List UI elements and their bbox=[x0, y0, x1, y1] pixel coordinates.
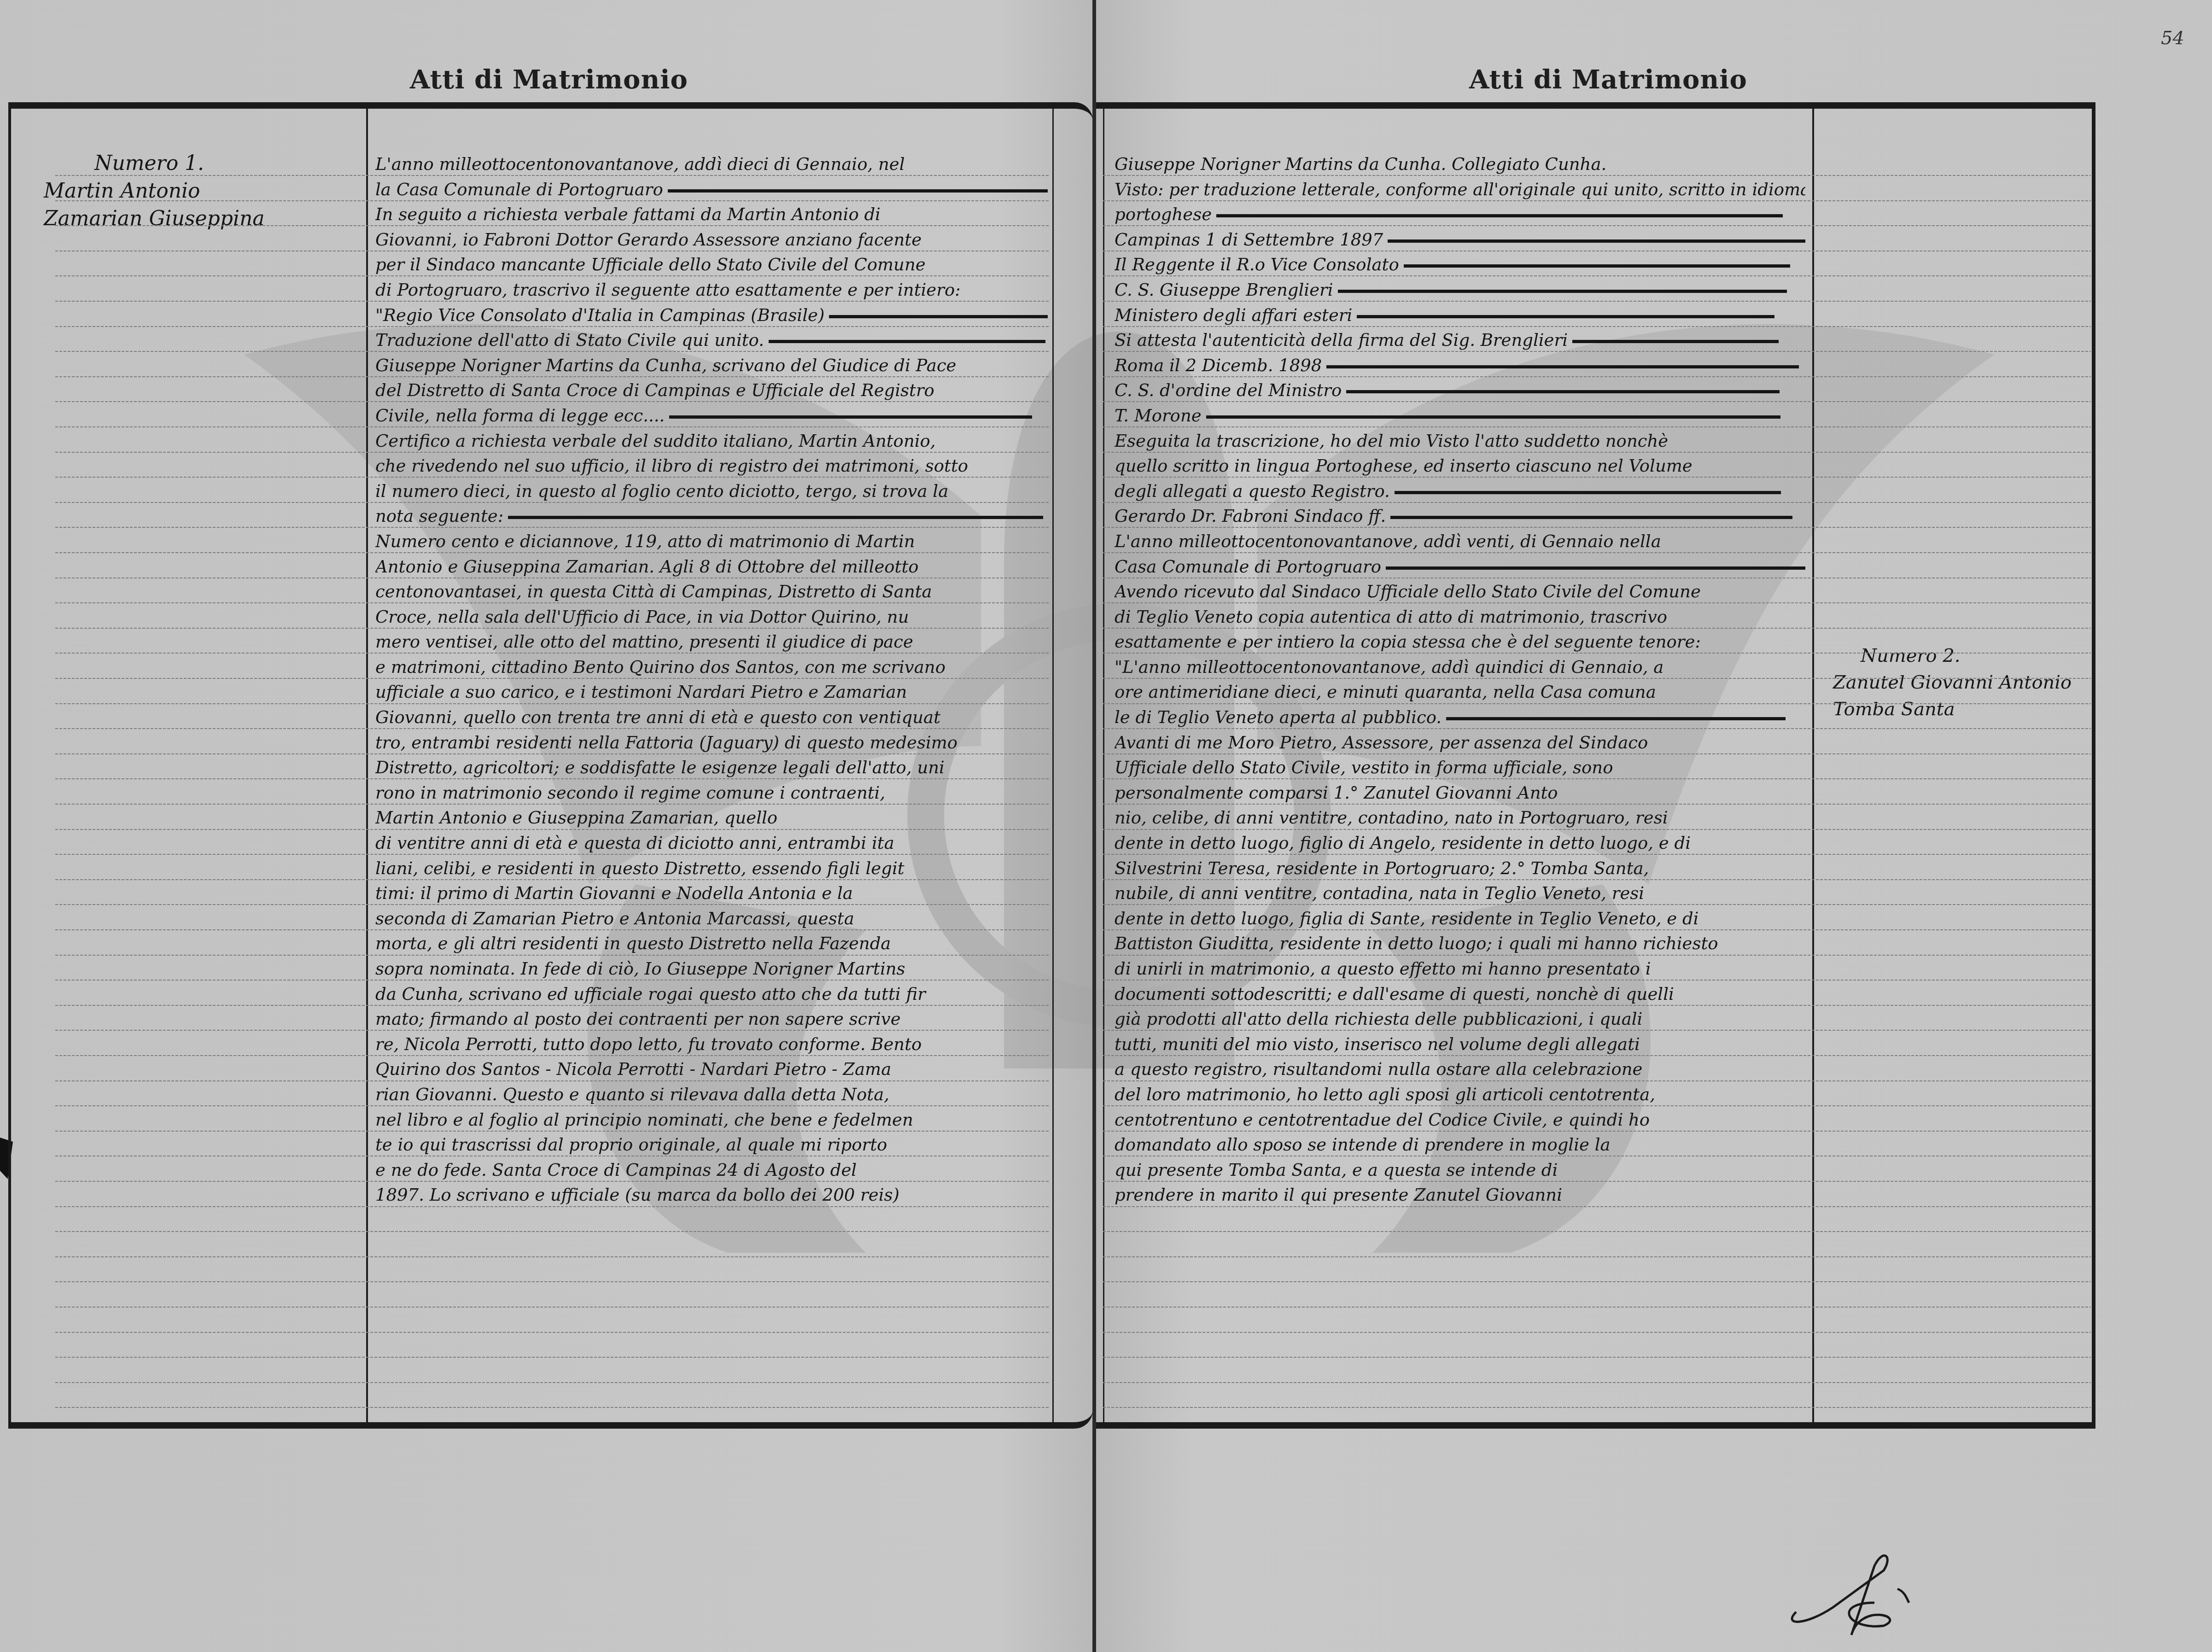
ruled-line bbox=[55, 376, 1050, 377]
text-line: seconda di Zamarian Pietro e Antonia Mar… bbox=[375, 906, 1048, 932]
ruled-line bbox=[55, 301, 1050, 302]
line-text: Giuseppe Norigner Martins da Cunha. Coll… bbox=[1115, 154, 1606, 174]
ruled-line bbox=[55, 728, 1050, 729]
line-text: degli allegati a questo Registro. bbox=[1115, 481, 1390, 501]
text-line: Gerardo Dr. Fabroni Sindaco ff. bbox=[1115, 504, 1805, 529]
ruled-line bbox=[1103, 527, 2091, 528]
line-end-bar bbox=[1206, 415, 1780, 419]
ruled-line bbox=[55, 1206, 1050, 1207]
line-text: Avanti di me Moro Pietro, Assessore, per… bbox=[1115, 733, 1648, 753]
line-text: per il Sindaco mancante Ufficiale dello … bbox=[375, 255, 926, 274]
text-line: qui presente Tomba Santa, e a questa se … bbox=[1115, 1158, 1805, 1183]
text-line: Visto: per traduzione letterale, conform… bbox=[1115, 177, 1805, 203]
line-text: di Portogruaro, trascrivo il seguente at… bbox=[375, 280, 961, 300]
column-divider bbox=[1812, 109, 1814, 1422]
ruled-line bbox=[55, 426, 1050, 427]
line-text: Visto: per traduzione letterale, conform… bbox=[1115, 180, 1805, 199]
ruled-line bbox=[1103, 401, 2091, 402]
ruled-line bbox=[1103, 829, 2091, 830]
ruled-line bbox=[1103, 778, 2091, 779]
ruled-line bbox=[55, 578, 1050, 578]
line-text: mero ventisei, alle otto del mattino, pr… bbox=[375, 632, 913, 652]
ruled-line bbox=[55, 502, 1050, 503]
column-divider bbox=[1103, 109, 1104, 1422]
text-line: di Portogruaro, trascrivo il seguente at… bbox=[375, 278, 1048, 303]
ruled-line bbox=[1103, 1131, 2091, 1132]
ruled-line bbox=[55, 225, 1050, 226]
ruled-line bbox=[1103, 1055, 2091, 1056]
ruled-line bbox=[55, 1357, 1050, 1358]
entry-number: Numero 2. bbox=[1833, 642, 2091, 669]
text-line: degli allegati a questo Registro. bbox=[1115, 479, 1805, 504]
line-text: L'anno milleottocentonovantanove, addì v… bbox=[1115, 531, 1661, 551]
line-end-bar bbox=[1346, 390, 1780, 393]
text-line: Si attesta l'autenticità della firma del… bbox=[1115, 328, 1805, 353]
text-line: timi: il primo di Martin Giovanni e Node… bbox=[375, 881, 1048, 906]
line-end-bar bbox=[1326, 365, 1799, 368]
ruled-line bbox=[55, 653, 1050, 654]
text-line: centonovantasei, in questa Città di Camp… bbox=[375, 579, 1048, 605]
ruled-line bbox=[1103, 1256, 2091, 1257]
text-line: rian Giovanni. Questo e quanto si rileva… bbox=[375, 1082, 1048, 1108]
folio-number: 54 bbox=[2161, 28, 2184, 49]
line-text: dente in detto luogo, figlia di Sante, r… bbox=[1115, 909, 1698, 928]
line-text: nubile, di anni ventitre, contadina, nat… bbox=[1115, 883, 1644, 903]
text-line: re, Nicola Perrotti, tutto dopo letto, f… bbox=[375, 1032, 1048, 1057]
ruled-line bbox=[55, 1156, 1050, 1156]
ruled-line bbox=[1103, 1357, 2091, 1358]
line-text: 1897. Lo scrivano e ufficiale (su marca … bbox=[375, 1185, 899, 1205]
line-text: di Teglio Veneto copia autentica di atto… bbox=[1115, 607, 1667, 627]
line-text: "L'anno milleottocentonovantanove, addì … bbox=[1115, 657, 1663, 677]
register-spread: Atti di Matrimonio Numero 1. Martin Anto… bbox=[0, 0, 2212, 1652]
ruled-line bbox=[55, 678, 1050, 679]
text-line: esattamente e per intiero la copia stess… bbox=[1115, 630, 1805, 655]
text-line: documenti sottodescritti; e dall'esame d… bbox=[1115, 982, 1805, 1007]
line-text: dente in detto luogo, figlio di Angelo, … bbox=[1115, 833, 1691, 853]
line-text: Battiston Giuditta, residente in detto l… bbox=[1115, 934, 1718, 953]
ruled-line bbox=[1103, 275, 2091, 276]
ruled-line bbox=[1103, 477, 2091, 478]
line-text: di ventitre anni di età e questa di dici… bbox=[375, 833, 894, 853]
ruled-line bbox=[55, 753, 1050, 754]
text-line: L'anno milleottocentonovantanove, addì v… bbox=[1115, 529, 1805, 555]
line-end-bar bbox=[669, 415, 1032, 419]
text-line: "Regio Vice Consolato d'Italia in Campin… bbox=[375, 303, 1048, 328]
ruled-line bbox=[55, 804, 1050, 805]
record-text: L'anno milleottocentonovantanove, addì d… bbox=[375, 152, 1048, 1208]
ruled-line bbox=[1103, 602, 2091, 603]
text-line: Numero cento e diciannove, 119, atto di … bbox=[375, 529, 1048, 555]
line-text: seconda di Zamarian Pietro e Antonia Mar… bbox=[375, 909, 854, 928]
ruled-line bbox=[55, 1231, 1050, 1232]
ruled-line bbox=[55, 1005, 1050, 1006]
text-line: Certifico a richiesta verbale del suddit… bbox=[375, 429, 1048, 454]
line-text: tro, entrambi residenti nella Fattoria (… bbox=[375, 733, 957, 753]
text-line: Giuseppe Norigner Martins da Cunha. Coll… bbox=[1115, 152, 1805, 177]
text-line: ore antimeridiane dieci, e minuti quaran… bbox=[1115, 680, 1805, 705]
entry-number: Numero 1. bbox=[44, 150, 357, 177]
ruled-line bbox=[1103, 955, 2091, 956]
text-line: portoghese bbox=[1115, 202, 1805, 228]
ruled-line bbox=[1103, 703, 2091, 704]
book-gutter bbox=[1092, 0, 1096, 1652]
ruled-line bbox=[1103, 552, 2091, 553]
line-text: C. S. d'ordine del Ministro bbox=[1115, 380, 1342, 400]
text-line: rono in matrimonio secondo il regime com… bbox=[375, 781, 1048, 806]
ruled-line bbox=[1103, 1080, 2091, 1081]
text-line: di Teglio Veneto copia autentica di atto… bbox=[1115, 605, 1805, 630]
ruled-line bbox=[55, 1407, 1050, 1408]
line-text: T. Morone bbox=[1115, 406, 1202, 426]
right-page: 54 Atti di Matrimonio Giuseppe Norigner … bbox=[1096, 0, 2212, 1652]
text-line: Casa Comunale di Portogruaro bbox=[1115, 555, 1805, 580]
ruled-line bbox=[1103, 753, 2091, 754]
ruled-line bbox=[55, 275, 1050, 276]
line-text: In seguito a richiesta verbale fattami d… bbox=[375, 204, 881, 224]
text-line: da Cunha, scrivano ed ufficiale rogai qu… bbox=[375, 982, 1048, 1007]
ruled-line bbox=[55, 200, 1050, 201]
text-line: mato; firmando al posto dei contraenti p… bbox=[375, 1007, 1048, 1032]
text-line: dente in detto luogo, figlio di Angelo, … bbox=[1115, 831, 1805, 856]
text-line: Silvestrini Teresa, residente in Portogr… bbox=[1115, 856, 1805, 881]
line-text: da Cunha, scrivano ed ufficiale rogai qu… bbox=[375, 984, 926, 1004]
line-text: mato; firmando al posto dei contraenti p… bbox=[375, 1009, 901, 1029]
line-text: esattamente e per intiero la copia stess… bbox=[1115, 632, 1701, 652]
line-end-bar bbox=[1388, 239, 1805, 243]
line-text: del Distretto di Santa Croce di Campinas… bbox=[375, 380, 934, 400]
text-line: sopra nominata. In fede di ciò, Io Giuse… bbox=[375, 957, 1048, 982]
line-text: Giovanni, quello con trenta tre anni di … bbox=[375, 707, 940, 727]
ruled-line bbox=[55, 1131, 1050, 1132]
ruled-line bbox=[55, 829, 1050, 830]
line-text: di unirli in matrimonio, a questo effett… bbox=[1115, 959, 1651, 979]
text-line: Avendo ricevuto dal Sindaco Ufficiale de… bbox=[1115, 579, 1805, 605]
line-text: ufficiale a suo carico, e i testimoni Na… bbox=[375, 682, 907, 702]
text-line: liani, celibi, e residenti in questo Dis… bbox=[375, 856, 1048, 881]
line-text: nel libro e al foglio al principio nomin… bbox=[375, 1110, 913, 1130]
line-text: morta, e gli altri residenti in questo D… bbox=[375, 934, 891, 953]
line-text: Traduzione dell'atto di Stato Civile qui… bbox=[375, 330, 764, 350]
text-line: C. S. d'ordine del Ministro bbox=[1115, 378, 1805, 403]
text-line: e matrimoni, cittadino Bento Quirino dos… bbox=[375, 655, 1048, 680]
bride-name: Tomba Santa bbox=[1833, 696, 2091, 723]
text-line: C. S. Giuseppe Brenglieri bbox=[1115, 278, 1805, 303]
text-line: Giuseppe Norigner Martins da Cunha, scri… bbox=[375, 353, 1048, 379]
line-end-bar bbox=[829, 315, 1048, 318]
text-line: Quirino dos Santos - Nicola Perrotti - N… bbox=[375, 1057, 1048, 1082]
line-end-bar bbox=[769, 340, 1045, 343]
line-text: e matrimoni, cittadino Bento Quirino dos… bbox=[375, 657, 945, 677]
ruled-line bbox=[1103, 728, 2091, 729]
line-text: rono in matrimonio secondo il regime com… bbox=[375, 783, 885, 803]
line-text: timi: il primo di Martin Giovanni e Node… bbox=[375, 883, 853, 903]
page-header: Atti di Matrimonio bbox=[410, 64, 688, 95]
line-text: quello scritto in lingua Portoghese, ed … bbox=[1115, 456, 1693, 476]
ruled-line bbox=[1103, 301, 2091, 302]
text-line: nel libro e al foglio al principio nomin… bbox=[375, 1108, 1048, 1133]
ruled-line bbox=[55, 477, 1050, 478]
ruled-line bbox=[1103, 1005, 2091, 1006]
ruled-line bbox=[1103, 1156, 2091, 1156]
ruled-line bbox=[1103, 1231, 2091, 1232]
ruled-line bbox=[55, 401, 1050, 402]
line-text: Il Reggente il R.o Vice Consolato bbox=[1115, 255, 1399, 274]
text-line: Battiston Giuditta, residente in detto l… bbox=[1115, 931, 1805, 957]
line-text: ore antimeridiane dieci, e minuti quaran… bbox=[1115, 682, 1656, 702]
margin-entry: Numero 2. Zanutel Giovanni Antonio Tomba… bbox=[1833, 642, 2091, 723]
line-text: personalmente comparsi 1.° Zanutel Giova… bbox=[1115, 783, 1558, 803]
line-end-bar bbox=[1386, 566, 1805, 570]
line-text: Ufficiale dello Stato Civile, vestito in… bbox=[1115, 758, 1613, 777]
ruled-line bbox=[1103, 929, 2091, 930]
text-line: T. Morone bbox=[1115, 403, 1805, 429]
text-line: te io qui trascrissi dal proprio origina… bbox=[375, 1132, 1048, 1158]
line-text: Silvestrini Teresa, residente in Portogr… bbox=[1115, 858, 1649, 878]
text-line: dente in detto luogo, figlia di Sante, r… bbox=[1115, 906, 1805, 932]
ruled-line bbox=[55, 1332, 1050, 1333]
line-text: Antonio e Giuseppina Zamarian. Agli 8 di… bbox=[375, 557, 919, 577]
text-line: e ne do fede. Santa Croce di Campinas 24… bbox=[375, 1158, 1048, 1183]
official-signature-icon bbox=[1778, 1547, 1944, 1640]
line-text: le di Teglio Veneto aperta al pubblico. bbox=[1115, 707, 1442, 727]
line-text: la Casa Comunale di Portogruaro bbox=[375, 180, 663, 199]
line-text: Casa Comunale di Portogruaro bbox=[1115, 557, 1381, 577]
line-text: Distretto, agricoltori; e soddisfatte le… bbox=[375, 758, 945, 777]
ruled-line bbox=[1103, 502, 2091, 503]
line-text: Numero cento e diciannove, 119, atto di … bbox=[375, 531, 915, 551]
line-end-bar bbox=[1446, 717, 1786, 720]
line-text: Roma il 2 Dicemb. 1898 bbox=[1115, 356, 1322, 375]
ruled-line bbox=[1103, 678, 2091, 679]
line-text: sopra nominata. In fede di ciò, Io Giuse… bbox=[375, 959, 905, 979]
ruled-line bbox=[1103, 578, 2091, 578]
ruled-line bbox=[1103, 1206, 2091, 1207]
line-text: L'anno milleottocentonovantanove, addì d… bbox=[375, 154, 905, 174]
line-text: Martin Antonio e Giuseppina Zamarian, qu… bbox=[375, 808, 777, 828]
ruled-line bbox=[55, 1281, 1050, 1282]
line-text: prendere in marito il qui presente Zanut… bbox=[1115, 1185, 1562, 1205]
ruled-line bbox=[1103, 1307, 2091, 1308]
ruled-line bbox=[1103, 1281, 2091, 1282]
ruled-line bbox=[55, 1105, 1050, 1106]
text-line: il numero dieci, in questo al foglio cen… bbox=[375, 479, 1048, 504]
line-text: re, Nicola Perrotti, tutto dopo letto, f… bbox=[375, 1034, 922, 1054]
ruled-line bbox=[1103, 175, 2091, 176]
ruled-line bbox=[1103, 904, 2091, 905]
text-line: domandato allo sposo se intende di prend… bbox=[1115, 1132, 1805, 1158]
ruled-line bbox=[55, 955, 1050, 956]
line-text: Ministero degli affari esteri bbox=[1115, 305, 1352, 325]
ruled-line bbox=[55, 1055, 1050, 1056]
text-line: Giovanni, quello con trenta tre anni di … bbox=[375, 705, 1048, 730]
line-text: liani, celibi, e residenti in questo Dis… bbox=[375, 858, 905, 878]
ruled-line bbox=[1103, 1105, 2091, 1106]
line-text: Giovanni, io Fabroni Dottor Gerardo Asse… bbox=[375, 230, 922, 250]
text-line: Martin Antonio e Giuseppina Zamarian, qu… bbox=[375, 806, 1048, 831]
text-line: che rivedendo nel suo ufficio, il libro … bbox=[375, 454, 1048, 479]
text-line: a questo registro, risultandomi nulla os… bbox=[1115, 1057, 1805, 1082]
text-line: personalmente comparsi 1.° Zanutel Giova… bbox=[1115, 781, 1805, 806]
text-line: di unirli in matrimonio, a questo effett… bbox=[1115, 957, 1805, 982]
text-line: prendere in marito il qui presente Zanut… bbox=[1115, 1183, 1805, 1208]
text-line: "L'anno milleottocentonovantanove, addì … bbox=[1115, 655, 1805, 680]
line-end-bar bbox=[1216, 214, 1783, 217]
text-line: mero ventisei, alle otto del mattino, pr… bbox=[375, 630, 1048, 655]
line-text: C. S. Giuseppe Brenglieri bbox=[1115, 280, 1333, 300]
text-line: del Distretto di Santa Croce di Campinas… bbox=[375, 378, 1048, 403]
text-line: Antonio e Giuseppina Zamarian. Agli 8 di… bbox=[375, 555, 1048, 580]
groom-name: Zanutel Giovanni Antonio bbox=[1833, 669, 2091, 696]
line-text: te io qui trascrissi dal proprio origina… bbox=[375, 1135, 887, 1155]
ruled-line bbox=[55, 879, 1050, 880]
line-text: nio, celibe, di anni ventitre, contadino… bbox=[1115, 808, 1668, 828]
ruled-line bbox=[1103, 200, 2091, 201]
ruled-line bbox=[55, 854, 1050, 855]
ruled-line bbox=[1103, 351, 2091, 352]
text-line: L'anno milleottocentonovantanove, addì d… bbox=[375, 152, 1048, 177]
line-text: Si attesta l'autenticità della firma del… bbox=[1115, 330, 1568, 350]
ruled-line bbox=[1103, 1030, 2091, 1031]
line-text: e ne do fede. Santa Croce di Campinas 24… bbox=[375, 1160, 857, 1180]
text-line: per il Sindaco mancante Ufficiale dello … bbox=[375, 252, 1048, 278]
line-text: documenti sottodescritti; e dall'esame d… bbox=[1115, 984, 1674, 1004]
line-text: Campinas 1 di Settembre 1897 bbox=[1115, 230, 1383, 250]
line-end-bar bbox=[1338, 290, 1787, 293]
ruled-line bbox=[55, 351, 1050, 352]
text-line: Giovanni, io Fabroni Dottor Gerardo Asse… bbox=[375, 228, 1048, 253]
ruled-line bbox=[1103, 804, 2091, 805]
ruled-line bbox=[55, 251, 1050, 251]
ruled-line bbox=[55, 1030, 1050, 1031]
line-text: già prodotti all'atto della richiesta de… bbox=[1115, 1009, 1642, 1029]
line-text: nota seguente: bbox=[375, 506, 503, 526]
ruled-line bbox=[1103, 980, 2091, 981]
text-line: Traduzione dell'atto di Stato Civile qui… bbox=[375, 328, 1048, 353]
ruled-line bbox=[55, 904, 1050, 905]
text-line: Ufficiale dello Stato Civile, vestito in… bbox=[1115, 755, 1805, 781]
ruled-line bbox=[1103, 1382, 2091, 1383]
ruled-line bbox=[55, 552, 1050, 553]
text-line: le di Teglio Veneto aperta al pubblico. bbox=[1115, 705, 1805, 730]
ruled-line bbox=[55, 1382, 1050, 1383]
text-line: Campinas 1 di Settembre 1897 bbox=[1115, 228, 1805, 253]
ruled-line bbox=[1103, 376, 2091, 377]
text-line: Distretto, agricoltori; e soddisfatte le… bbox=[375, 755, 1048, 781]
ruled-line bbox=[1103, 251, 2091, 251]
text-line: nota seguente: bbox=[375, 504, 1048, 529]
line-text: "Regio Vice Consolato d'Italia in Campin… bbox=[375, 305, 824, 325]
line-text: qui presente Tomba Santa, e a questa se … bbox=[1115, 1160, 1558, 1180]
text-line: ufficiale a suo carico, e i testimoni Na… bbox=[375, 680, 1048, 705]
line-text: Avendo ricevuto dal Sindaco Ufficiale de… bbox=[1115, 582, 1701, 601]
ruled-line bbox=[55, 1181, 1050, 1182]
ruled-line bbox=[1103, 1181, 2091, 1182]
ruled-line bbox=[55, 980, 1050, 981]
text-line: la Casa Comunale di Portogruaro bbox=[375, 177, 1048, 203]
text-line: Civile, nella forma di legge ecc.... bbox=[375, 403, 1048, 429]
line-text: Eseguita la trascrizione, ho del mio Vis… bbox=[1115, 431, 1668, 451]
line-text: a questo registro, risultandomi nulla os… bbox=[1115, 1059, 1642, 1079]
line-text: portoghese bbox=[1115, 204, 1212, 224]
line-text: rian Giovanni. Questo e quanto si rileva… bbox=[375, 1085, 889, 1104]
ruled-line bbox=[55, 1080, 1050, 1081]
text-line: centotrentuno e centotrentadue del Codic… bbox=[1115, 1108, 1805, 1133]
line-text: il numero dieci, in questo al foglio cen… bbox=[375, 481, 948, 501]
ruled-line bbox=[55, 452, 1050, 453]
line-text: centotrentuno e centotrentadue del Codic… bbox=[1115, 1110, 1650, 1130]
line-text: Giuseppe Norigner Martins da Cunha, scri… bbox=[375, 356, 957, 375]
ruled-line bbox=[55, 703, 1050, 704]
ruled-line bbox=[55, 778, 1050, 779]
ruled-line bbox=[1103, 628, 2091, 629]
page-header: Atti di Matrimonio bbox=[1469, 64, 1747, 95]
line-end-bar bbox=[1404, 264, 1790, 268]
line-text: che rivedendo nel suo ufficio, il libro … bbox=[375, 456, 968, 476]
line-text: tutti, muniti del mio visto, inserisco n… bbox=[1115, 1034, 1640, 1054]
ruled-line bbox=[1103, 225, 2091, 226]
text-line: In seguito a richiesta verbale fattami d… bbox=[375, 202, 1048, 228]
text-line: del loro matrimonio, ho letto agli sposi… bbox=[1115, 1082, 1805, 1108]
ruled-line bbox=[1103, 426, 2091, 427]
line-text: Quirino dos Santos - Nicola Perrotti - N… bbox=[375, 1059, 891, 1079]
ruled-line bbox=[1103, 879, 2091, 880]
ruled-line bbox=[1103, 1407, 2091, 1408]
line-end-bar bbox=[1395, 491, 1781, 494]
column-divider bbox=[366, 109, 368, 1422]
left-page: Atti di Matrimonio Numero 1. Martin Anto… bbox=[0, 0, 1092, 1652]
text-line: Croce, nella sala dell'Ufficio di Pace, … bbox=[375, 605, 1048, 630]
ruled-line bbox=[55, 929, 1050, 930]
ruled-line bbox=[55, 175, 1050, 176]
ruled-line bbox=[55, 326, 1050, 327]
text-line: nio, celibe, di anni ventitre, contadino… bbox=[1115, 806, 1805, 831]
line-text: Certifico a richiesta verbale del suddit… bbox=[375, 431, 936, 451]
line-text: domandato allo sposo se intende di prend… bbox=[1115, 1135, 1611, 1155]
ruled-line bbox=[1103, 653, 2091, 654]
ruled-line bbox=[55, 1256, 1050, 1257]
column-divider bbox=[1052, 109, 1054, 1422]
margin-entry: Numero 1. Martin Antonio Zamarian Giusep… bbox=[44, 150, 357, 233]
line-text: Civile, nella forma di legge ecc.... bbox=[375, 406, 665, 426]
text-line: già prodotti all'atto della richiesta de… bbox=[1115, 1007, 1805, 1032]
text-line: quello scritto in lingua Portoghese, ed … bbox=[1115, 454, 1805, 479]
ruled-line bbox=[1103, 452, 2091, 453]
line-text: Gerardo Dr. Fabroni Sindaco ff. bbox=[1115, 506, 1386, 526]
ruled-line bbox=[55, 527, 1050, 528]
record-text: Giuseppe Norigner Martins da Cunha. Coll… bbox=[1115, 152, 1805, 1208]
text-line: Avanti di me Moro Pietro, Assessore, per… bbox=[1115, 730, 1805, 756]
line-text: Croce, nella sala dell'Ufficio di Pace, … bbox=[375, 607, 909, 627]
text-line: Il Reggente il R.o Vice Consolato bbox=[1115, 252, 1805, 278]
text-line: 1897. Lo scrivano e ufficiale (su marca … bbox=[375, 1183, 1048, 1208]
text-line: tro, entrambi residenti nella Fattoria (… bbox=[375, 730, 1048, 756]
ruled-line bbox=[1103, 1332, 2091, 1333]
text-line: Roma il 2 Dicemb. 1898 bbox=[1115, 353, 1805, 379]
ruled-line bbox=[55, 602, 1050, 603]
text-line: nubile, di anni ventitre, contadina, nat… bbox=[1115, 881, 1805, 906]
ruled-line bbox=[55, 628, 1050, 629]
line-text: centonovantasei, in questa Città di Camp… bbox=[375, 582, 932, 601]
ruled-line bbox=[1103, 854, 2091, 855]
line-end-bar bbox=[508, 516, 1043, 519]
line-end-bar bbox=[1572, 340, 1779, 343]
line-end-bar bbox=[1357, 315, 1774, 318]
bride-name: Zamarian Giuseppina bbox=[44, 205, 357, 233]
line-end-bar bbox=[1390, 516, 1792, 519]
text-line: tutti, muniti del mio visto, inserisco n… bbox=[1115, 1032, 1805, 1057]
text-line: Eseguita la trascrizione, ho del mio Vis… bbox=[1115, 429, 1805, 454]
